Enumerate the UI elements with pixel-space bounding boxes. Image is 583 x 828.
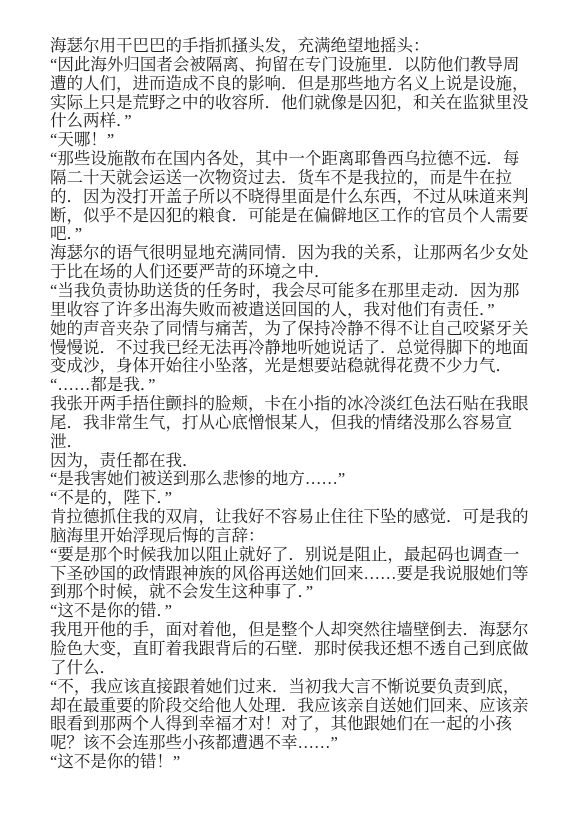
text-line: “不，我应该直接跟着她们过来．当初我大言不惭说要负责到底， [50, 678, 534, 697]
text-line: 断，似乎不是囚犯的粮食．可能是在偏僻地区工作的官员个人需要 [50, 207, 534, 226]
text-line: 的．因为没打开盖子所以不晓得里面是什么东西，不过从味道来判 [50, 188, 534, 207]
document-page: 海瑟尔用干巴巴的手指抓搔头发，充满绝望地摇头：“因此海外归国者会被隔离、拘留在专… [0, 0, 583, 828]
text-line: 脸色大变，直盯着我跟背后的石壁．那时侯我还想不透自己到底做 [50, 640, 534, 659]
text-line: 到那个时候，就不会发生这种事了．” [50, 583, 534, 602]
text-line: “因此海外归国者会被隔离、拘留在专门设施里．以防他们教导周 [50, 56, 534, 75]
text-line: “不是的，陛下．” [50, 489, 534, 508]
text-line: 却在最重要的阶段交给他人处理．我应该亲自送她们回来、应该亲 [50, 697, 534, 716]
text-line: 她的声音夹杂了同情与痛苦，为了保持冷静不得不让自己咬紧牙关 [50, 320, 534, 339]
text-line: “要是那个时候我加以阻止就好了．别说是阻止，最起码也调查一 [50, 546, 534, 565]
text-line: 隔二十天就会运送一次物资过去．货车不是我拉的，而是牛在拉 [50, 169, 534, 188]
text-line: 尾．我非常生气，打从心底憎恨某人，但我的情绪没那么容易宣 [50, 414, 534, 433]
text-line: 海瑟尔用干巴巴的手指抓搔头发，充满绝望地摇头： [50, 37, 534, 56]
text-line: 实际上只是荒野之中的收容所．他们就像是囚犯，和关在监狱里没 [50, 94, 534, 113]
text-line: 慢慢说．不过我已经无法再冷静地听她说话了．总觉得脚下的地面 [50, 339, 534, 358]
text-line: 什么两样．” [50, 112, 534, 131]
text-line: 里收容了许多出海失败而被遣送回国的人，我对他们有责任．” [50, 301, 534, 320]
text-line: “这不是你的错！” [50, 753, 534, 772]
text-line: 海瑟尔的语气很明显地充满同情．因为我的关系，让那两名少女处 [50, 244, 534, 263]
text-line: 变成沙，身体开始往小坠落，光是想要站稳就得花费不少力气． [50, 357, 534, 376]
text-line: 下圣砂国的政情跟神族的风俗再送她们回来……要是我说服她们等 [50, 565, 534, 584]
text-line: 我张开两手捂住颤抖的脸颊，卡在小指的冰冷淡红色法石贴在我眼 [50, 395, 534, 414]
body-text: 海瑟尔用干巴巴的手指抓搔头发，充满绝望地摇头：“因此海外归国者会被隔离、拘留在专… [50, 37, 534, 772]
text-line: 吧．” [50, 225, 534, 244]
text-line: “……都是我．” [50, 376, 534, 395]
text-line: 于比在场的人们还要严苛的环境之中． [50, 263, 534, 282]
text-line: 因为，责任都在我． [50, 452, 534, 471]
text-line: 了什么． [50, 659, 534, 678]
text-line: 遭的人们，进而造成不良的影响．但是那些地方名义上说是设施， [50, 75, 534, 94]
text-line: “当我负责协助送货的任务时，我会尽可能多在那里走动．因为那 [50, 282, 534, 301]
text-line: 脑海里开始浮现后悔的言辞： [50, 527, 534, 546]
text-line: “这不是你的错．” [50, 602, 534, 621]
text-line: 泄． [50, 433, 534, 452]
text-line: 眼看到那两个人得到幸福才对！对了，其他跟她们在一起的小孩 [50, 715, 534, 734]
text-line: 呢？该不会连那些小孩都遭遇不幸……” [50, 734, 534, 753]
text-line: “天哪！” [50, 131, 534, 150]
text-line: “是我害她们被送到那么悲惨的地方……” [50, 470, 534, 489]
text-line: 肯拉德抓住我的双肩，让我好不容易止住往下坠的感觉．可是我的 [50, 508, 534, 527]
text-line: “那些设施散布在国内各处，其中一个距离耶鲁西乌拉德不远．每 [50, 150, 534, 169]
text-line: 我甩开他的手，面对着他，但是整个人却突然往墙壁倒去．海瑟尔 [50, 621, 534, 640]
